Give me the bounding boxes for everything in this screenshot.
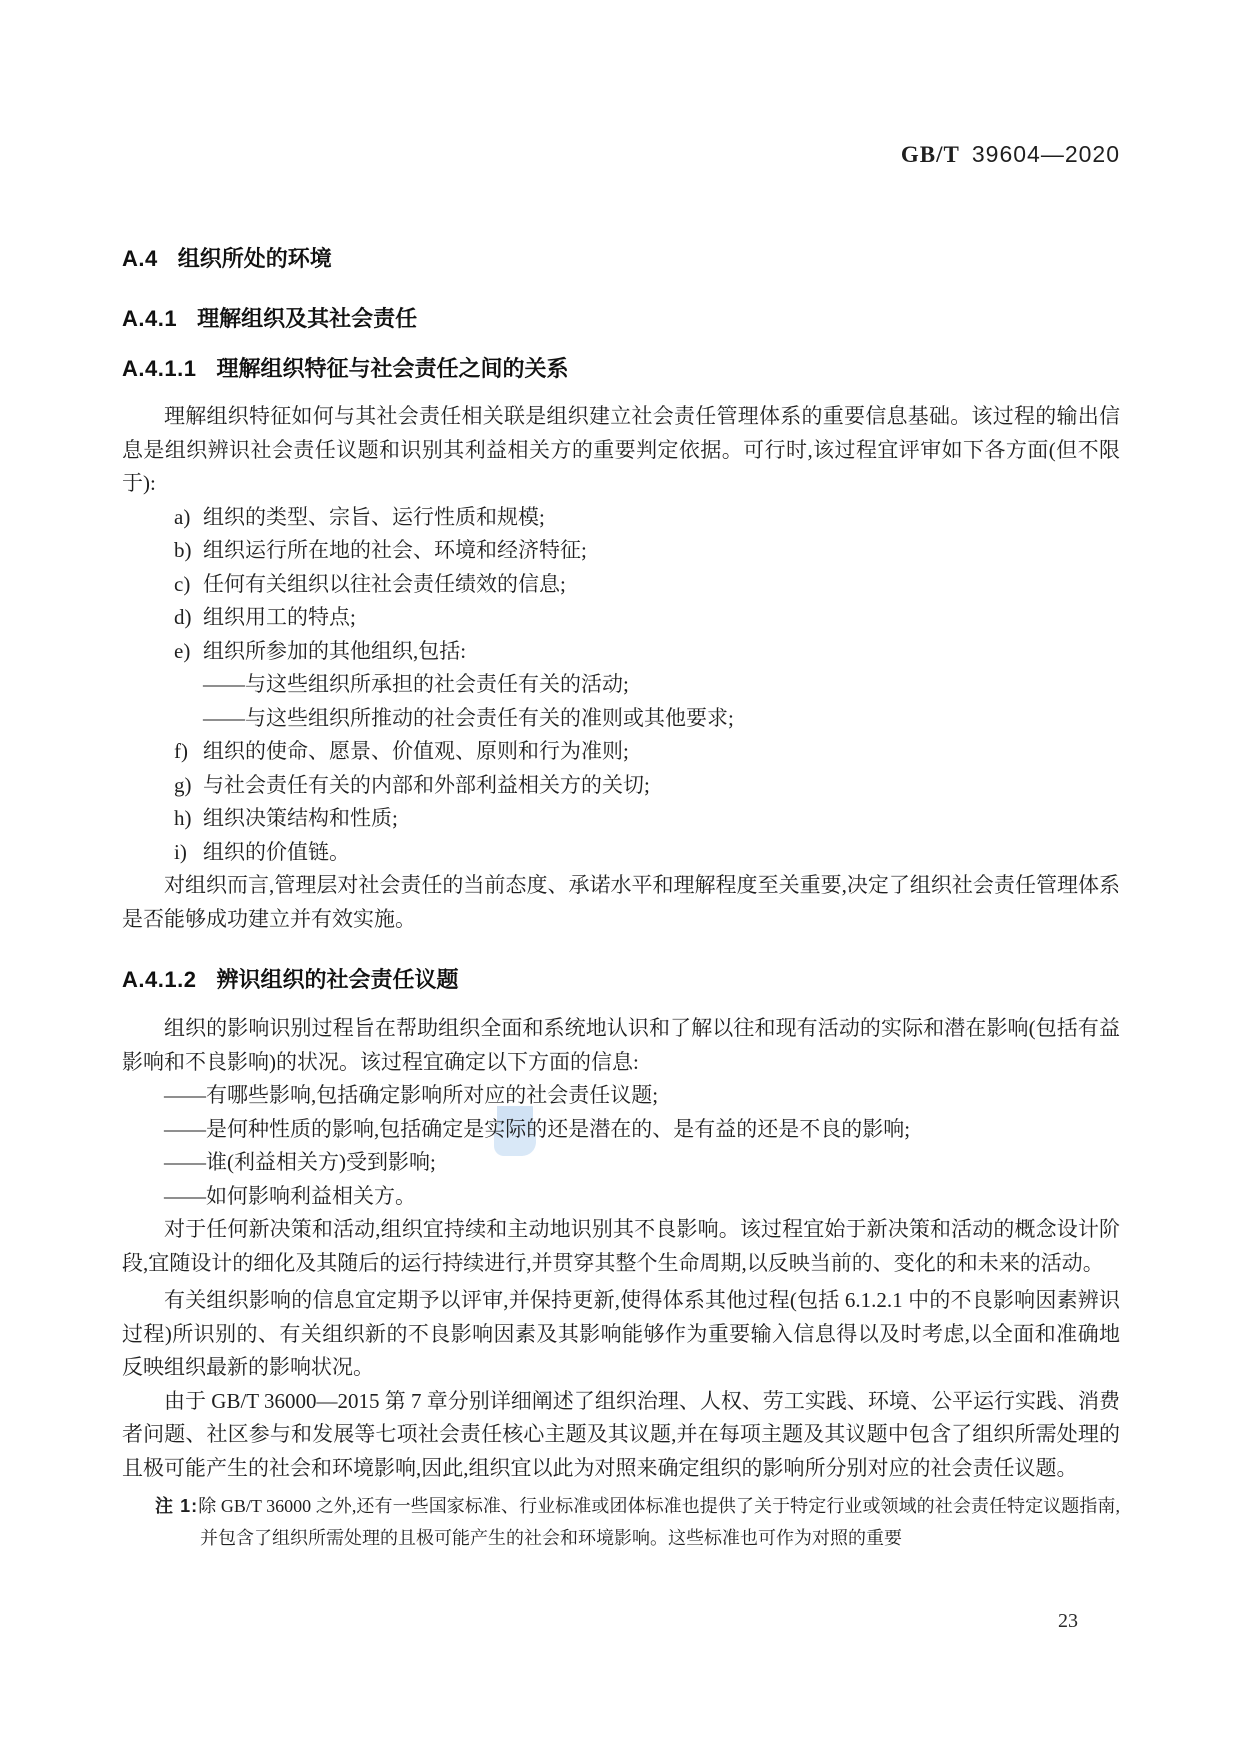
list-item-label: a) [174, 501, 190, 535]
list-item-label: d) [174, 601, 192, 635]
note-text: 除 GB/T 36000 之外,还有一些国家标准、行业标准或团体标准也提供了关于… [198, 1496, 1120, 1548]
heading-number: A.4.1.1 [122, 356, 196, 381]
list-item-a: a)组织的类型、宗旨、运行性质和规模; [122, 501, 1120, 535]
paragraph-impact-identification: 组织的影响识别过程旨在帮助组织全面和系统地认识和了解以往和现有活动的实际和潜在影… [122, 1012, 1120, 1079]
list-item-g: g)与社会责任有关的内部和外部利益相关方的关切; [122, 769, 1120, 803]
dash-list: ——有哪些影响,包括确定影响所对应的社会责任议题; ——是何种性质的影响,包括确… [122, 1079, 1120, 1213]
heading-title: 辨识组织的社会责任议题 [216, 967, 458, 992]
list-item-label: g) [174, 769, 192, 803]
note-1: 注 1:除 GB/T 36000 之外,还有一些国家标准、行业标准或团体标准也提… [155, 1490, 1120, 1554]
dash-item-4: ——如何影响利益相关方。 [122, 1180, 1120, 1214]
paragraph-new-decisions: 对于任何新决策和活动,组织宜持续和主动地识别其不良影响。该过程宜始于新决策和活动… [122, 1213, 1120, 1280]
list-item-b: b)组织运行所在地的社会、环境和经济特征; [122, 534, 1120, 568]
dash-item-1: ——有哪些影响,包括确定影响所对应的社会责任议题; [122, 1079, 1120, 1113]
list-item-text: 组织的类型、宗旨、运行性质和规模; [203, 505, 545, 529]
list-item-label: h) [174, 802, 192, 836]
list-item-text: 组织运行所在地的社会、环境和经济特征; [203, 538, 587, 562]
dash-item-3: ——谁(利益相关方)受到影响; [122, 1146, 1120, 1180]
list-item-d: d)组织用工的特点; [122, 601, 1120, 635]
alpha-list: a)组织的类型、宗旨、运行性质和规模; b)组织运行所在地的社会、环境和经济特征… [122, 501, 1120, 870]
paragraph-a411-intro: 理解组织特征如何与其社会责任相关联是组织建立社会责任管理体系的重要信息基础。该过… [122, 400, 1120, 501]
standard-code: GB/T 39604—2020 [122, 138, 1120, 174]
heading-number: A.4.1 [122, 306, 177, 331]
heading-a4: A.4组织所处的环境 [122, 242, 1120, 275]
list-item-e-sub-2: ——与这些组织所推动的社会责任有关的准则或其他要求; [122, 702, 1120, 736]
heading-number: A.4 [122, 246, 158, 271]
list-item-text: 组织的使命、愿景、价值观、原则和行为准则; [203, 739, 629, 763]
page-content: GB/T 39604—2020 A.4组织所处的环境 A.4.1理解组织及其社会… [122, 138, 1120, 1554]
list-item-h: h)组织决策结构和性质; [122, 802, 1120, 836]
document-page: GB/T 39604—2020 A.4组织所处的环境 A.4.1理解组织及其社会… [0, 0, 1241, 1754]
list-item-text: 组织所参加的其他组织,包括: [203, 639, 466, 663]
standard-code-number: 39604—2020 [972, 141, 1120, 167]
list-item-text: 与社会责任有关的内部和外部利益相关方的关切; [203, 773, 650, 797]
list-item-text: 组织的价值链。 [203, 840, 350, 864]
paragraph-gbt36000-themes: 由于 GB/T 36000—2015 第 7 章分别详细阐述了组织治理、人权、劳… [122, 1385, 1120, 1486]
heading-number: A.4.1.2 [122, 967, 196, 992]
list-item-e: e)组织所参加的其他组织,包括: [122, 635, 1120, 669]
paragraph-management-attitude: 对组织而言,管理层对社会责任的当前态度、承诺水平和理解程度至关重要,决定了组织社… [122, 869, 1120, 936]
list-item-label: e) [174, 635, 190, 669]
list-item-label: f) [174, 735, 188, 769]
dash-item-2: ——是何种性质的影响,包括确定是实际的还是潜在的、是有益的还是不良的影响; [122, 1113, 1120, 1147]
heading-title: 组织所处的环境 [178, 246, 332, 271]
heading-a411: A.4.1.1理解组织特征与社会责任之间的关系 [122, 352, 1120, 385]
heading-title: 理解组织及其社会责任 [197, 306, 417, 331]
heading-title: 理解组织特征与社会责任之间的关系 [216, 356, 568, 381]
standard-code-prefix: GB/T [901, 142, 960, 167]
heading-a41: A.4.1理解组织及其社会责任 [122, 302, 1120, 335]
list-item-text: 组织用工的特点; [203, 605, 356, 629]
note-label: 注 1: [155, 1496, 198, 1516]
list-item-text: 任何有关组织以往社会责任绩效的信息; [203, 572, 566, 596]
list-item-text: 组织决策结构和性质; [203, 806, 398, 830]
list-item-i: i)组织的价值链。 [122, 836, 1120, 870]
list-item-label: i) [174, 836, 187, 870]
page-number: 23 [1058, 1610, 1078, 1633]
heading-a412: A.4.1.2辨识组织的社会责任议题 [122, 963, 1120, 996]
list-item-c: c)任何有关组织以往社会责任绩效的信息; [122, 568, 1120, 602]
paragraph-review-update: 有关组织影响的信息宜定期予以评审,并保持更新,使得体系其他过程(包括 6.1.2… [122, 1284, 1120, 1385]
list-item-f: f)组织的使命、愿景、价值观、原则和行为准则; [122, 735, 1120, 769]
list-item-label: c) [174, 568, 190, 602]
list-item-label: b) [174, 534, 192, 568]
list-item-e-sub-1: ——与这些组织所承担的社会责任有关的活动; [122, 668, 1120, 702]
